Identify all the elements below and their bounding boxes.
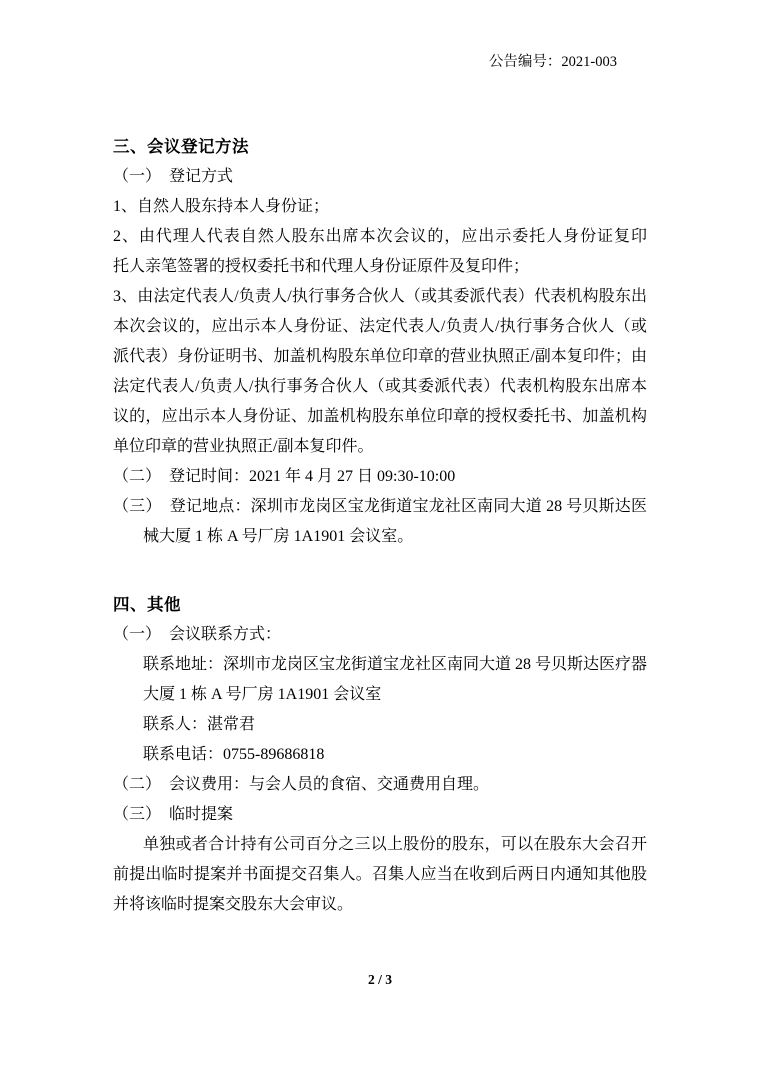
document-line: （一） 会议联系方式：: [113, 620, 647, 650]
page-number: 2 / 3: [0, 970, 760, 990]
document-line: 械大厦 1 栋 A 号厂房 1A1901 会议室。: [113, 522, 647, 552]
document-line: 联系地址：深圳市龙岗区宝龙街道宝龙社区南同大道 28 号贝斯达医疗器械: [113, 650, 647, 680]
document-line: 3、由法定代表人/负责人/执行事务合伙人（或其委派代表）代表机构股东出席: [113, 282, 647, 312]
document-line: 法定代表人/负责人/执行事务合伙人（或其委派代表）代表机构股东出席本次会: [113, 372, 647, 402]
document-line: （三） 登记地点：深圳市龙岗区宝龙街道宝龙社区南同大道 28 号贝斯达医疗器: [113, 492, 647, 522]
document-line: 2、由代理人代表自然人股东出席本次会议的，应出示委托人身份证复印件、委: [113, 222, 647, 252]
document-line: 并将该临时提案交股东大会审议。: [113, 890, 647, 920]
document-line: 本次会议的，应出示本人身份证、法定代表人/负责人/执行事务合伙人（或其委: [113, 312, 647, 342]
section-other: 四、其他 （一） 会议联系方式：联系地址：深圳市龙岗区宝龙街道宝龙社区南同大道 …: [113, 590, 647, 920]
announcement-number: 公告编号：2021-003: [489, 52, 617, 72]
section-lines: （一） 会议联系方式：联系地址：深圳市龙岗区宝龙街道宝龙社区南同大道 28 号贝…: [113, 620, 647, 920]
document-line: 前提出临时提案并书面提交召集人。召集人应当在收到后两日内通知其他股东，: [113, 860, 647, 890]
document-line: 议的，应出示本人身份证、加盖机构股东单位印章的授权委托书、加盖机构股东: [113, 402, 647, 432]
document-line: 托人亲笔签署的授权委托书和代理人身份证原件及复印件；: [113, 252, 647, 282]
document-line: （二） 会议费用：与会人员的食宿、交通费用自理。: [113, 770, 647, 800]
document-line: 1、自然人股东持本人身份证；: [113, 192, 647, 222]
document-line: 派代表）身份证明书、加盖机构股东单位印章的营业执照正/副本复印件；由非: [113, 342, 647, 372]
document-line: 联系电话：0755-89686818: [113, 740, 647, 770]
document-line: （一） 登记方式: [113, 162, 647, 192]
document-line: （二） 登记时间：2021 年 4 月 27 日 09:30-10:00: [113, 462, 647, 492]
section-heading: 四、其他: [113, 590, 647, 620]
section-registration-method: 三、会议登记方法 （一） 登记方式1、自然人股东持本人身份证；2、由代理人代表自…: [113, 132, 647, 552]
section-lines: （一） 登记方式1、自然人股东持本人身份证；2、由代理人代表自然人股东出席本次会…: [113, 162, 647, 552]
document-line: 单独或者合计持有公司百分之三以上股份的股东，可以在股东大会召开十日: [113, 830, 647, 860]
document-line: （三） 临时提案: [113, 800, 647, 830]
document-line: 大厦 1 栋 A 号厂房 1A1901 会议室: [113, 680, 647, 710]
section-heading: 三、会议登记方法: [113, 132, 647, 162]
document-line: 联系人：湛常君: [113, 710, 647, 740]
document-line: 单位印章的营业执照正/副本复印件。: [113, 432, 647, 462]
document-page: 公告编号：2021-003 三、会议登记方法 （一） 登记方式1、自然人股东持本…: [0, 0, 760, 1075]
